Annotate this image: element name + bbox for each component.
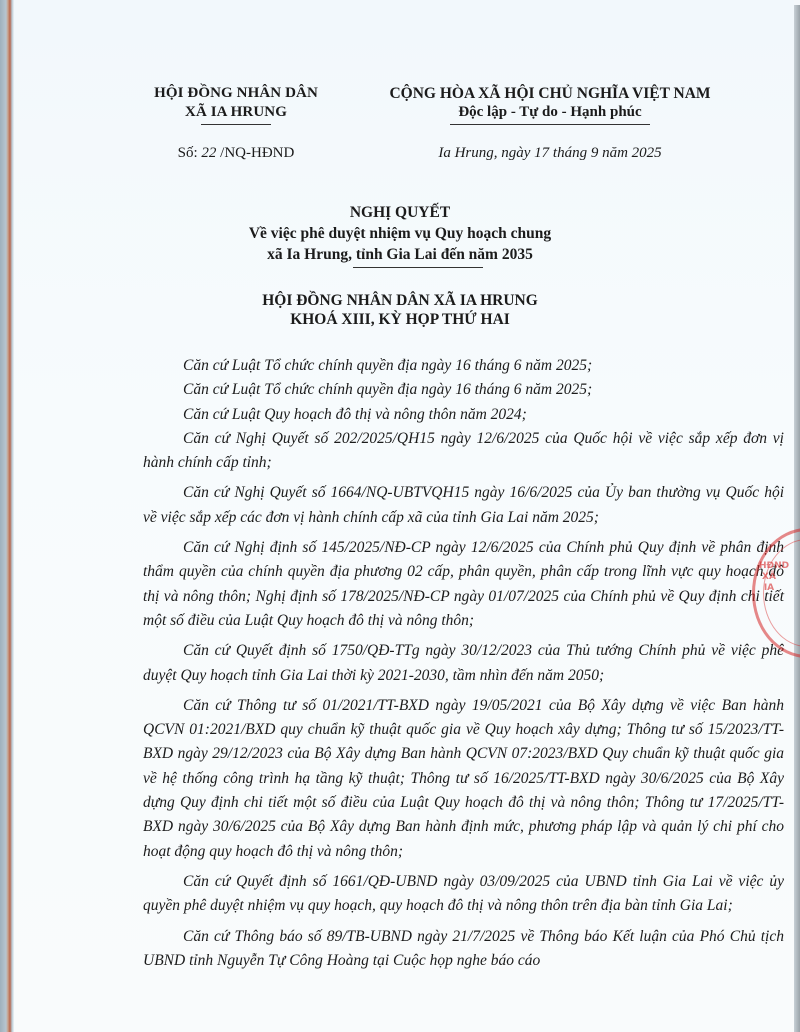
legal-basis-citations: Căn cứ Luật Tổ chức chính quyền địa ngày… xyxy=(143,354,784,973)
document-number: Số: 22 /NQ-HĐND xyxy=(136,145,336,162)
resolution-title: NGHỊ QUYẾT Về việc phê duyệt nhiệm vụ Qu… xyxy=(0,203,800,268)
citation: Căn cứ Thông tư số 01/2021/TT-BXD ngày 1… xyxy=(143,694,784,864)
citation: Căn cứ Nghị Quyết số 202/2025/QH15 ngày … xyxy=(143,427,784,476)
council-session: KHOÁ XIII, KỲ HỌP THỨ HAI xyxy=(0,310,800,329)
citation: Căn cứ Luật Tổ chức chính quyền địa ngày… xyxy=(143,378,784,402)
citation: Căn cứ Quyết định số 1661/QĐ-UBND ngày 0… xyxy=(143,870,784,919)
subject-line-1: Về việc phê duyệt nhiệm vụ Quy hoạch chu… xyxy=(0,223,800,244)
scan-right-edge xyxy=(794,5,800,1032)
nation-name: CỘNG HÒA XÃ HỘI CHỦ NGHĨA VIỆT NAM xyxy=(360,84,740,103)
scan-left-edge xyxy=(0,0,14,1032)
title-underline xyxy=(353,267,483,268)
number-prefix: Số: xyxy=(178,145,202,161)
document-type: NGHỊ QUYẾT xyxy=(0,203,800,223)
citation: Căn cứ Quyết định số 1750/QĐ-TTg ngày 30… xyxy=(143,639,784,688)
citation: Căn cứ Nghị định số 145/2025/NĐ-CP ngày … xyxy=(143,536,784,633)
citation: Căn cứ Thông báo số 89/TB-UBND ngày 21/7… xyxy=(143,925,784,974)
national-heading: CỘNG HÒA XÃ HỘI CHỦ NGHĨA VIỆT NAM Độc l… xyxy=(360,84,740,125)
authority-commune: XÃ IA HRUNG xyxy=(136,103,336,122)
subject-line-2: xã Ia Hrung, tỉnh Gia Lai đến năm 2035 xyxy=(0,244,800,265)
council-name: HỘI ĐỒNG NHÂN DÂN XÃ IA HRUNG xyxy=(0,291,800,310)
citation: Căn cứ Luật Quy hoạch đô thị và nông thô… xyxy=(143,403,784,427)
number-suffix: /NQ-HĐND xyxy=(216,145,294,161)
national-motto: Độc lập - Tự do - Hạnh phúc xyxy=(360,103,740,122)
motto-underline xyxy=(450,124,650,125)
citation: Căn cứ Nghị Quyết số 1664/NQ-UBTVQH15 ng… xyxy=(143,481,784,530)
council-heading: HỘI ĐỒNG NHÂN DÂN XÃ IA HRUNG KHOÁ XIII,… xyxy=(0,291,800,329)
number-value: 22 xyxy=(201,145,216,161)
issuing-authority: HỘI ĐỒNG NHÂN DÂN XÃ IA HRUNG xyxy=(136,84,336,125)
authority-underline xyxy=(201,124,271,125)
authority-name: HỘI ĐỒNG NHÂN DÂN xyxy=(136,84,336,103)
citation: Căn cứ Luật Tổ chức chính quyền địa ngày… xyxy=(143,354,784,378)
place-and-date: Ia Hrung, ngày 17 tháng 9 năm 2025 xyxy=(360,145,740,162)
